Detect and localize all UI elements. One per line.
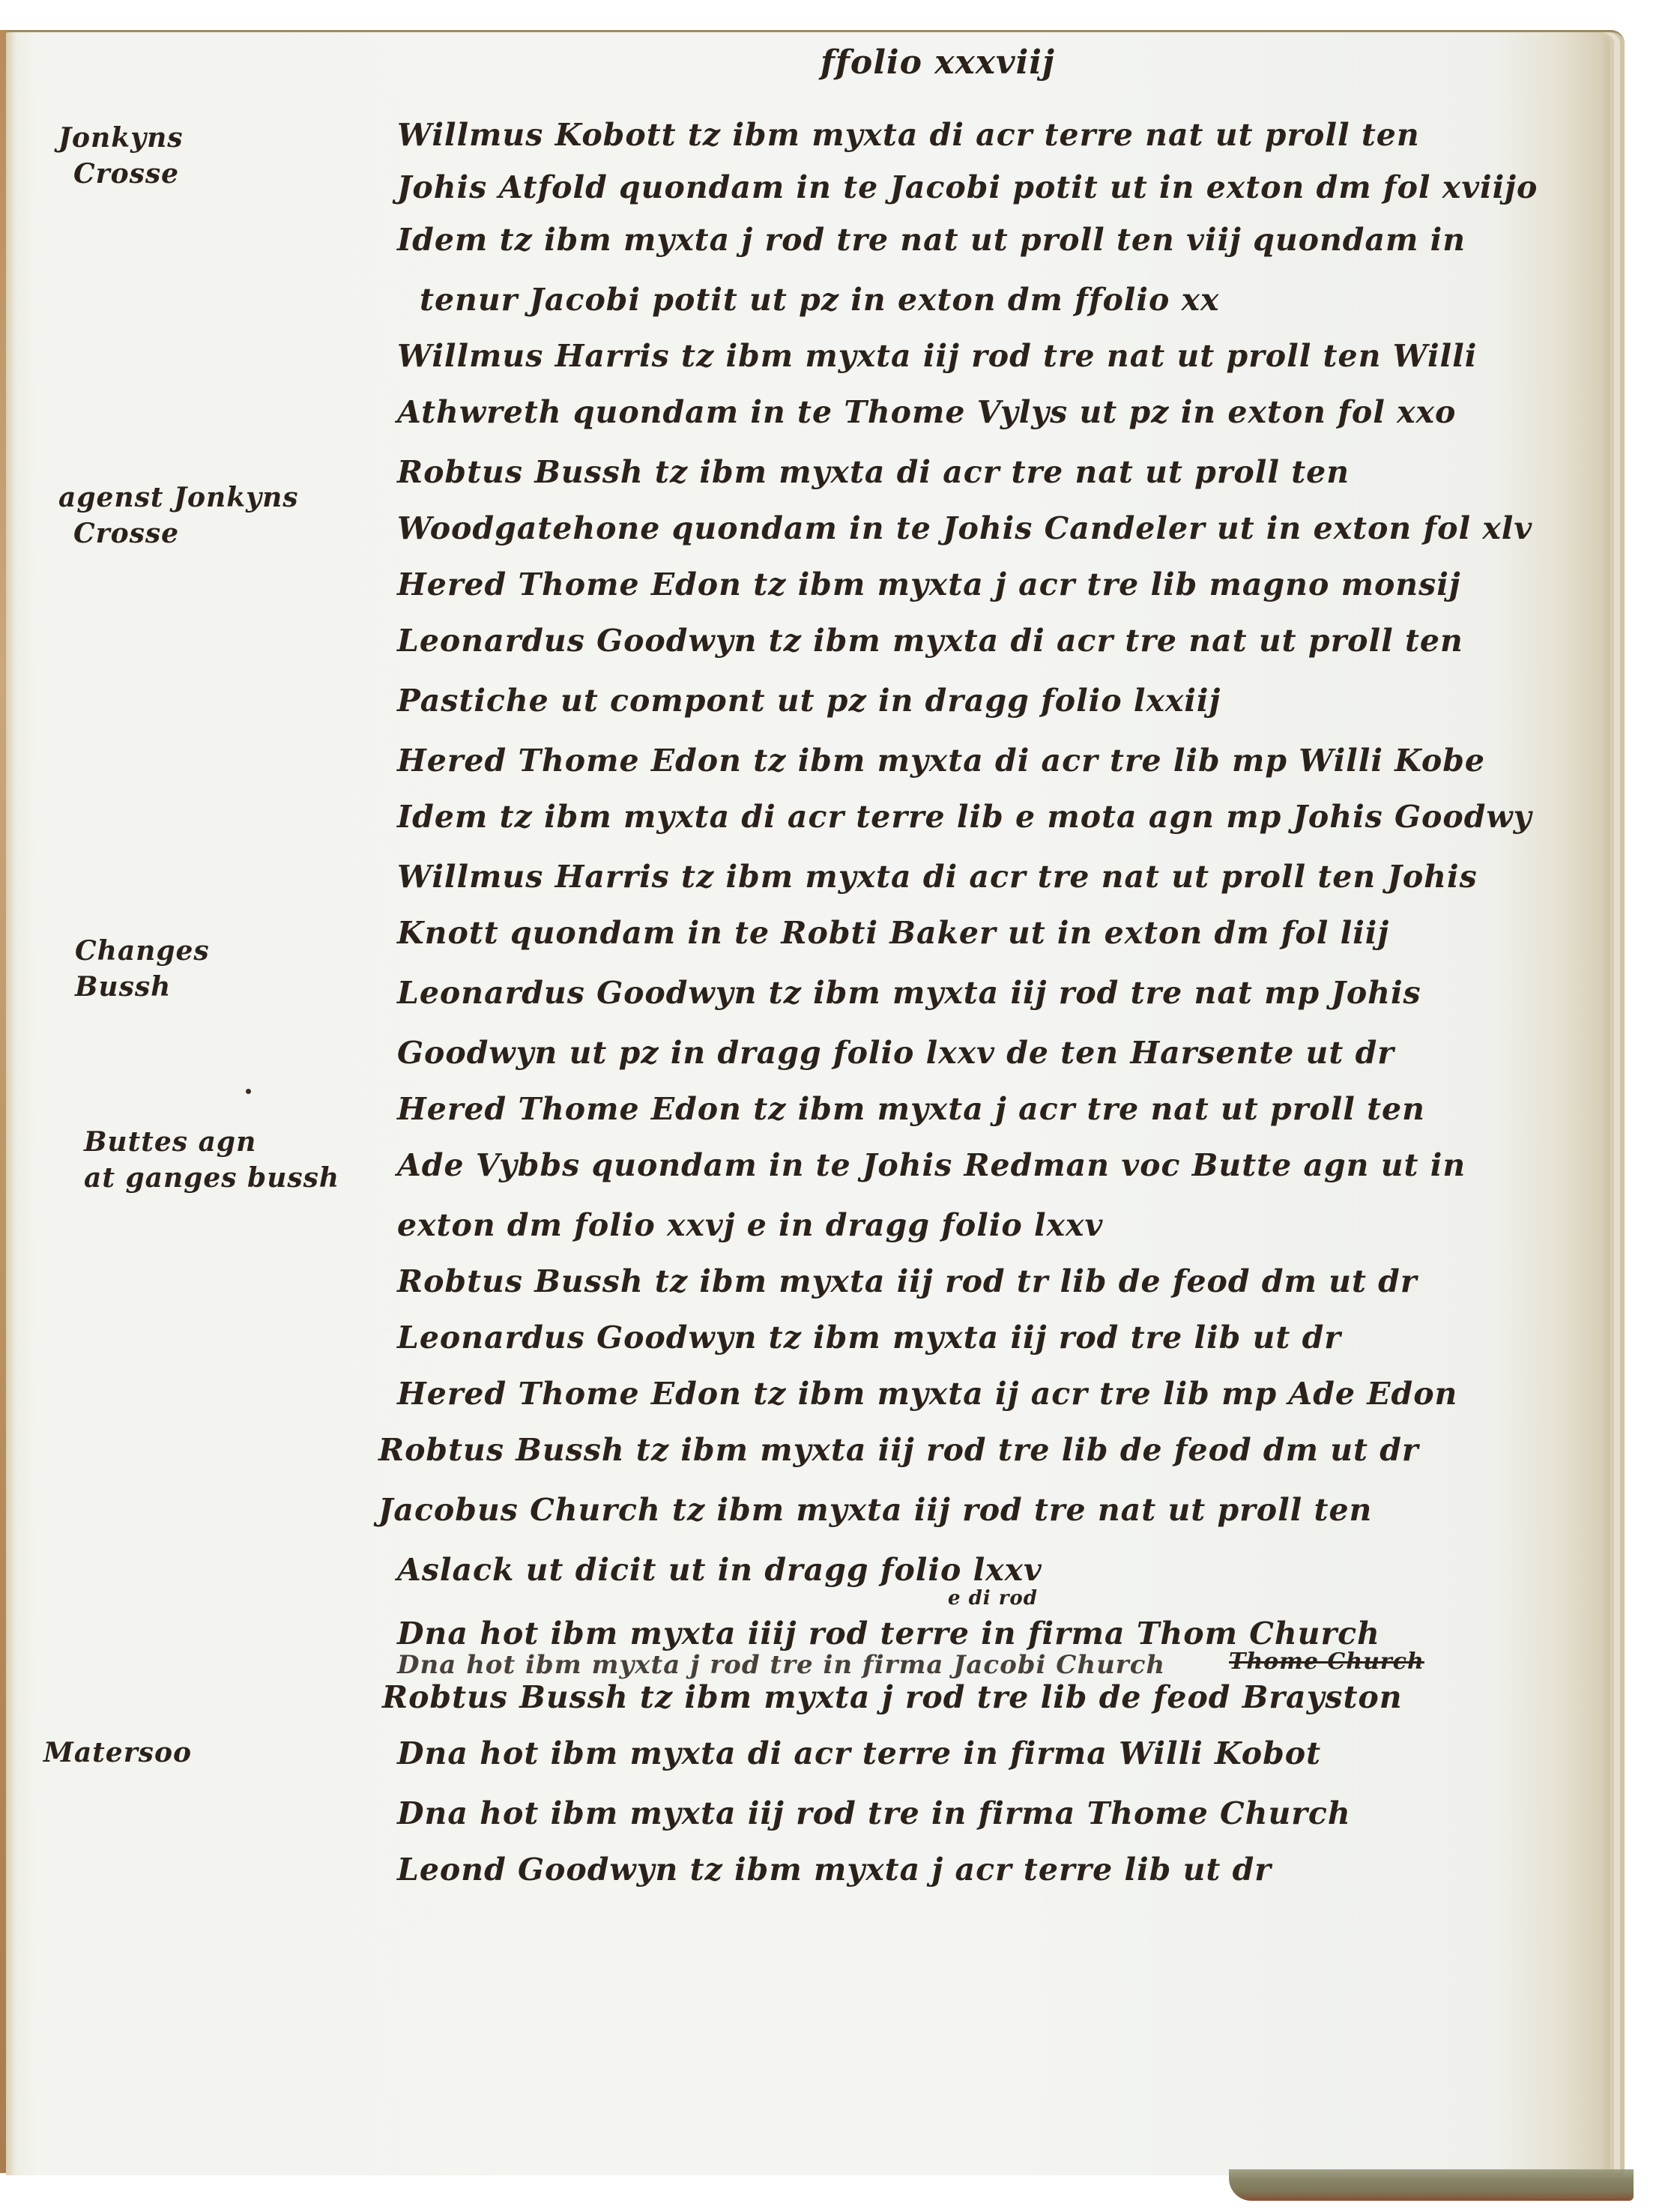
- entry-line: Idem tz ibm myxta j rod tre nat ut proll…: [397, 217, 1466, 262]
- margin-note-line: Jonkyns: [58, 120, 184, 156]
- entry-line: Robtus Bussh tz ibm myxta iij rod tr lib…: [397, 1259, 1417, 1304]
- entry-line: Knott quondam in te Robti Baker ut in ex…: [397, 910, 1389, 955]
- entry-line: Hered Thome Edon tz ibm myxta j acr tre …: [397, 562, 1461, 607]
- entry-line: Woodgatehone quondam in te Johis Candele…: [397, 506, 1532, 551]
- entry-line: Leonardus Goodwyn tz ibm myxta iij rod t…: [397, 970, 1421, 1015]
- entry-line: Robtus Bussh tz ibm myxta j rod tre lib …: [382, 1675, 1403, 1720]
- margin-note-line: Matersoo: [43, 1735, 192, 1771]
- folio-header: ffolio xxxviij: [821, 43, 1055, 82]
- entry-line: Hered Thome Edon tz ibm myxta ij acr tre…: [397, 1371, 1457, 1416]
- margin-note: Jonkyns Crosse: [58, 120, 184, 192]
- margin-note-line: Bussh: [75, 969, 210, 1005]
- margin-note-line: Crosse: [58, 156, 184, 192]
- entry-line: Hered Thome Edon tz ibm myxta di acr tre…: [397, 738, 1485, 783]
- entry-line: Pastiche ut compont ut pz in dragg folio…: [397, 678, 1221, 723]
- entry-line: Dna hot ibm myxta di acr terre in firma …: [397, 1731, 1321, 1776]
- entry-line: Leonardus Goodwyn tz ibm myxta di acr tr…: [397, 618, 1463, 663]
- entry-line: Willmus Harris tz ibm myxta di acr tre n…: [397, 854, 1478, 899]
- margin-note-line: at ganges bussh: [84, 1160, 339, 1196]
- entry-line: Robtus Bussh tz ibm myxta di acr tre nat…: [397, 450, 1350, 495]
- entry-line: Idem tz ibm myxta di acr terre lib e mot…: [397, 794, 1532, 839]
- entry-line: Leond Goodwyn tz ibm myxta j acr terre l…: [397, 1847, 1272, 1892]
- struck-through-text: Thome Church: [1229, 1649, 1424, 1675]
- entry-line: Jacobus Church tz ibm myxta iij rod tre …: [378, 1487, 1372, 1532]
- entry-line: tenur Jacobi potit ut pz in exton dm ffo…: [420, 277, 1219, 322]
- margin-note-line: Crosse: [58, 516, 299, 552]
- margin-note-line: Changes: [75, 933, 210, 969]
- margin-note: Buttes agn at ganges bussh: [84, 1124, 339, 1196]
- entry-line: Goodwyn ut pz in dragg folio lxxv de ten…: [397, 1030, 1394, 1075]
- page-bottom-edge: [1229, 2169, 1634, 2201]
- margin-note-line: agenst Jonkyns: [58, 480, 299, 516]
- ink-dot: [246, 1089, 251, 1094]
- entry-line: Leonardus Goodwyn tz ibm myxta iij rod t…: [397, 1315, 1341, 1360]
- entry-line: Robtus Bussh tz ibm myxta iij rod tre li…: [378, 1427, 1419, 1472]
- entry-line: Willmus Kobott tz ibm myxta di acr terre…: [397, 112, 1420, 157]
- interlinear-note: e di rod: [948, 1587, 1038, 1610]
- entry-line: Johis Atfold quondam in te Jacobi potit …: [397, 165, 1538, 210]
- entry-line: exton dm folio xxvj e in dragg folio lxx…: [397, 1203, 1103, 1248]
- margin-note: Matersoo: [43, 1735, 192, 1771]
- entry-line: Willmus Harris tz ibm myxta iij rod tre …: [397, 333, 1477, 378]
- entry-line: Ade Vybbs quondam in te Johis Redman voc…: [397, 1143, 1466, 1188]
- margin-note-line: Buttes agn: [84, 1124, 339, 1160]
- entry-line: Dna hot ibm myxta iij rod tre in firma T…: [397, 1791, 1351, 1836]
- margin-note: agenst Jonkyns Crosse: [58, 480, 299, 552]
- entry-line: Athwreth quondam in te Thome Vylys ut pz…: [397, 390, 1456, 435]
- margin-note: Changes Bussh: [75, 933, 210, 1005]
- entry-line: Aslack ut dicit ut in dragg folio lxxv: [397, 1547, 1042, 1592]
- entry-line: Hered Thome Edon tz ibm myxta j acr tre …: [397, 1087, 1425, 1131]
